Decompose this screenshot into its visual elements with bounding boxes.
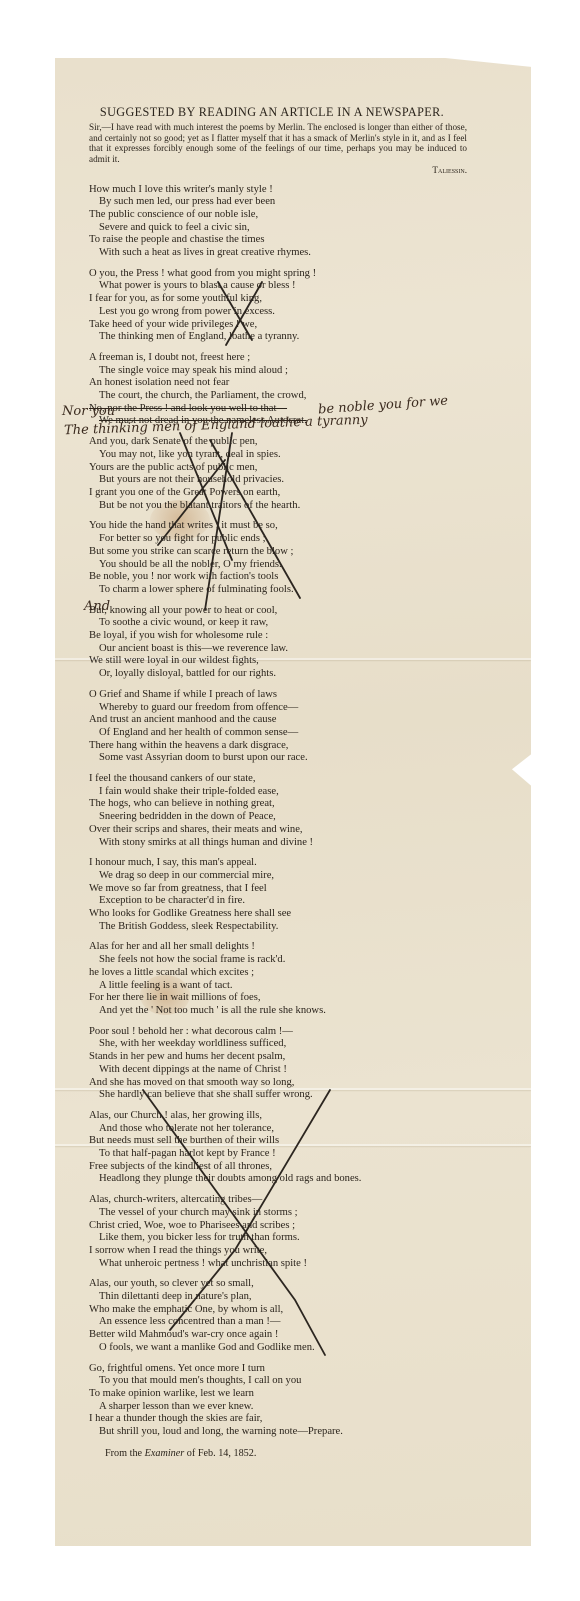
- poem-line: For better so you fight for public ends …: [89, 533, 467, 546]
- poem-line: Headlong they plunge their doubts among …: [89, 1173, 467, 1186]
- stanza: Go, frightful omens. Yet once more I tur…: [89, 1363, 467, 1439]
- poem-line: I fain would shake their triple-folded e…: [89, 786, 467, 799]
- source-citation: From the Examiner of Feb. 14, 1852.: [105, 1448, 467, 1461]
- poem-line: Alas, our youth, so clever yet so small,: [89, 1278, 467, 1291]
- poem-line: We move so far from greatness, that I fe…: [89, 883, 467, 896]
- poem-line: The single voice may speak his mind alou…: [89, 365, 467, 378]
- poem-line: You should be all the nobler, O my frien…: [89, 559, 467, 572]
- poem-line: Better wild Mahmoud's war-cry once again…: [89, 1329, 467, 1342]
- poem-line: Free subjects of the kindliest of all th…: [89, 1161, 467, 1174]
- poem-line: Alas, church-writers, altercating tribes…: [89, 1194, 467, 1207]
- poem-line: Go, frightful omens. Yet once more I tur…: [89, 1363, 467, 1376]
- poem-line: A sharper lesson than we ever knew.: [89, 1401, 467, 1414]
- poem-line: With such a heat as lives in great creat…: [89, 247, 467, 260]
- poem-line: Christ cried, Woe, woe to Pharisees and …: [89, 1220, 467, 1233]
- poem-line: Over their scrips and shares, their meat…: [89, 824, 467, 837]
- poem-line: O you, the Press ! what good from you mi…: [89, 268, 467, 281]
- poem-line: And yet the ' Not too much ' is all the …: [89, 1005, 467, 1018]
- poem-line: Poor soul ! behold her : what decorous c…: [89, 1026, 467, 1039]
- poem-line: Some vast Assyrian doom to burst upon ou…: [89, 752, 467, 765]
- poem-line: You may not, like yon tyrant, deal in sp…: [89, 449, 467, 462]
- poem-line: What unheroic pertness ! what unchristia…: [89, 1258, 467, 1271]
- poem-line: You hide the hand that writes : it must …: [89, 520, 467, 533]
- poem-line: By such men led, our press had ever been: [89, 196, 467, 209]
- poem-line: She feels not how the social frame is ra…: [89, 954, 467, 967]
- poem-line: Who looks for Godlike Greatness here sha…: [89, 908, 467, 921]
- poem-line: The thinking men of England, loathe a ty…: [89, 331, 467, 344]
- poem-line: But needs must sell the burthen of their…: [89, 1135, 467, 1148]
- editor-letter: Sir,—I have read with much interest the …: [89, 122, 467, 176]
- poem-line: I grant you one of the Great Powers on e…: [89, 487, 467, 500]
- stanza: Alas, our youth, so clever yet so small,…: [89, 1278, 467, 1354]
- citation-date: of Feb. 14, 1852.: [187, 1448, 257, 1459]
- poem-line: To soothe a civic wound, or keep it raw,: [89, 617, 467, 630]
- poem-line: To raise the people and chastise the tim…: [89, 234, 467, 247]
- poem-line: Stands in her pew and hums her decent ps…: [89, 1051, 467, 1064]
- citation-publication: Examiner: [145, 1448, 185, 1459]
- poem-line: O Grief and Shame if while I preach of l…: [89, 689, 467, 702]
- poem-line: What power is yours to blast a cause or …: [89, 280, 467, 293]
- poem-line: I hear a thunder though the skies are fa…: [89, 1413, 467, 1426]
- document-body: SUGGESTED BY READING AN ARTICLE IN A NEW…: [67, 105, 467, 1461]
- letter-text: Sir,—I have read with much interest the …: [89, 122, 467, 164]
- poem-line: Take heed of your wide privileges ! we,: [89, 319, 467, 332]
- poem-line: But some you strike can scarce return th…: [89, 546, 467, 559]
- handwritten-margin-note: And: [84, 599, 110, 614]
- poem-line: With decent dippings at the name of Chri…: [89, 1064, 467, 1077]
- poem-line: The hogs, who can believe in nothing gre…: [89, 798, 467, 811]
- poem-line: Alas for her and all her small delights …: [89, 941, 467, 954]
- poem-line: Exception to be character'd in fire.: [89, 895, 467, 908]
- stanza: How much I love this writer's manly styl…: [89, 184, 467, 260]
- poem-line: To that half-pagan harlot kept by France…: [89, 1148, 467, 1161]
- letter-signature: Taliessin.: [89, 165, 467, 176]
- poem-line: Our ancient boast is this—we reverence l…: [89, 643, 467, 656]
- poem-line: I honour much, I say, this man's appeal.: [89, 857, 467, 870]
- poem-line: O fools, we want a manlike God and Godli…: [89, 1342, 467, 1355]
- citation-prefix: From the: [105, 1448, 142, 1459]
- poem-line: I fear for you, as for some youthful kin…: [89, 293, 467, 306]
- poem-line: Lest you go wrong from power in excess.: [89, 306, 467, 319]
- poem-line: Thin dilettanti deep in nature's plan,: [89, 1291, 467, 1304]
- poem-line: And she has moved on that smooth way so …: [89, 1077, 467, 1090]
- poem-line: We drag so deep in our commercial mire,: [89, 870, 467, 883]
- stanza: O you, the Press ! what good from you mi…: [89, 268, 467, 344]
- poem-line: A little feeling is a want of tact.: [89, 980, 467, 993]
- poem-line: Be noble, you ! nor work with faction's …: [89, 571, 467, 584]
- poem-line: And those who tolerate not her tolerance…: [89, 1123, 467, 1136]
- poem-line: To make opinion warlike, lest we learn: [89, 1388, 467, 1401]
- poem-line: But be not you the blatant traitors of t…: [89, 500, 467, 513]
- poem-line: An honest isolation need not fear: [89, 377, 467, 390]
- poem-line: Yours are the public acts of public men,: [89, 462, 467, 475]
- stanza: And you, dark Senate of the public pen,Y…: [89, 436, 467, 512]
- poem-line: Like them, you bicker less for truth tha…: [89, 1232, 467, 1245]
- stanza: Alas for her and all her small delights …: [89, 941, 467, 1017]
- stanza: Alas, our Church ! alas, her growing ill…: [89, 1110, 467, 1186]
- stanza: Alas, church-writers, altercating tribes…: [89, 1194, 467, 1270]
- stanza: I feel the thousand cankers of our state…: [89, 773, 467, 849]
- poem-line: The British Goddess, sleek Respectabilit…: [89, 921, 467, 934]
- poem-line: An essence less concentred than a man !—: [89, 1316, 467, 1329]
- poem-line: The vessel of your church may sink in st…: [89, 1207, 467, 1220]
- poem-line: But, knowing all your power to heat or c…: [89, 605, 467, 618]
- poem-line: We still were loyal in our wildest fight…: [89, 655, 467, 668]
- poem-line: But yours are not their household privac…: [89, 474, 467, 487]
- poem-line: And trust an ancient manhood and the cau…: [89, 714, 467, 727]
- poem-line: For her there lie in wait millions of fo…: [89, 992, 467, 1005]
- poem-line: She, with her weekday worldliness suffic…: [89, 1038, 467, 1051]
- poem-line: Be loyal, if you wish for wholesome rule…: [89, 630, 467, 643]
- poem-line: I feel the thousand cankers of our state…: [89, 773, 467, 786]
- poem-line: I sorrow when I read the things you writ…: [89, 1245, 467, 1258]
- poem-line: Who make the emphatic One, by whom is al…: [89, 1304, 467, 1317]
- poem-line: How much I love this writer's manly styl…: [89, 184, 467, 197]
- poem: How much I love this writer's manly styl…: [67, 184, 467, 1439]
- poem-line: The public conscience of our noble isle,: [89, 209, 467, 222]
- poem-line: To charm a lower sphere of fulminating f…: [89, 584, 467, 597]
- poem-line: Alas, our Church ! alas, her growing ill…: [89, 1110, 467, 1123]
- poem-line: Severe and quick to feel a civic sin,: [89, 222, 467, 235]
- stanza: I honour much, I say, this man's appeal.…: [89, 857, 467, 933]
- poem-line: Whereby to guard our freedom from offenc…: [89, 702, 467, 715]
- poem-line: Sneering bedridden in the down of Peace,: [89, 811, 467, 824]
- poem-line: Or, loyally disloyal, battled for our ri…: [89, 668, 467, 681]
- stanza: Poor soul ! behold her : what decorous c…: [89, 1026, 467, 1102]
- document-title: SUGGESTED BY READING AN ARTICLE IN A NEW…: [77, 105, 467, 119]
- poem-line: She hardly can believe that she shall su…: [89, 1089, 467, 1102]
- poem-line: To you that mould men's thoughts, I call…: [89, 1375, 467, 1388]
- poem-line: But shrill you, loud and long, the warni…: [89, 1426, 467, 1439]
- poem-line: A freeman is, I doubt not, freest here ;: [89, 352, 467, 365]
- stanza: But, knowing all your power to heat or c…: [89, 605, 467, 681]
- poem-line: Of England and her health of common sens…: [89, 727, 467, 740]
- stanza: You hide the hand that writes : it must …: [89, 520, 467, 596]
- poem-line: And you, dark Senate of the public pen,: [89, 436, 467, 449]
- poem-line: There hang within the heavens a dark dis…: [89, 740, 467, 753]
- poem-line: he loves a little scandal which excites …: [89, 967, 467, 980]
- stanza: O Grief and Shame if while I preach of l…: [89, 689, 467, 765]
- handwritten-margin-note: Nor you: [62, 404, 115, 419]
- poem-line: With stony smirks at all things human an…: [89, 837, 467, 850]
